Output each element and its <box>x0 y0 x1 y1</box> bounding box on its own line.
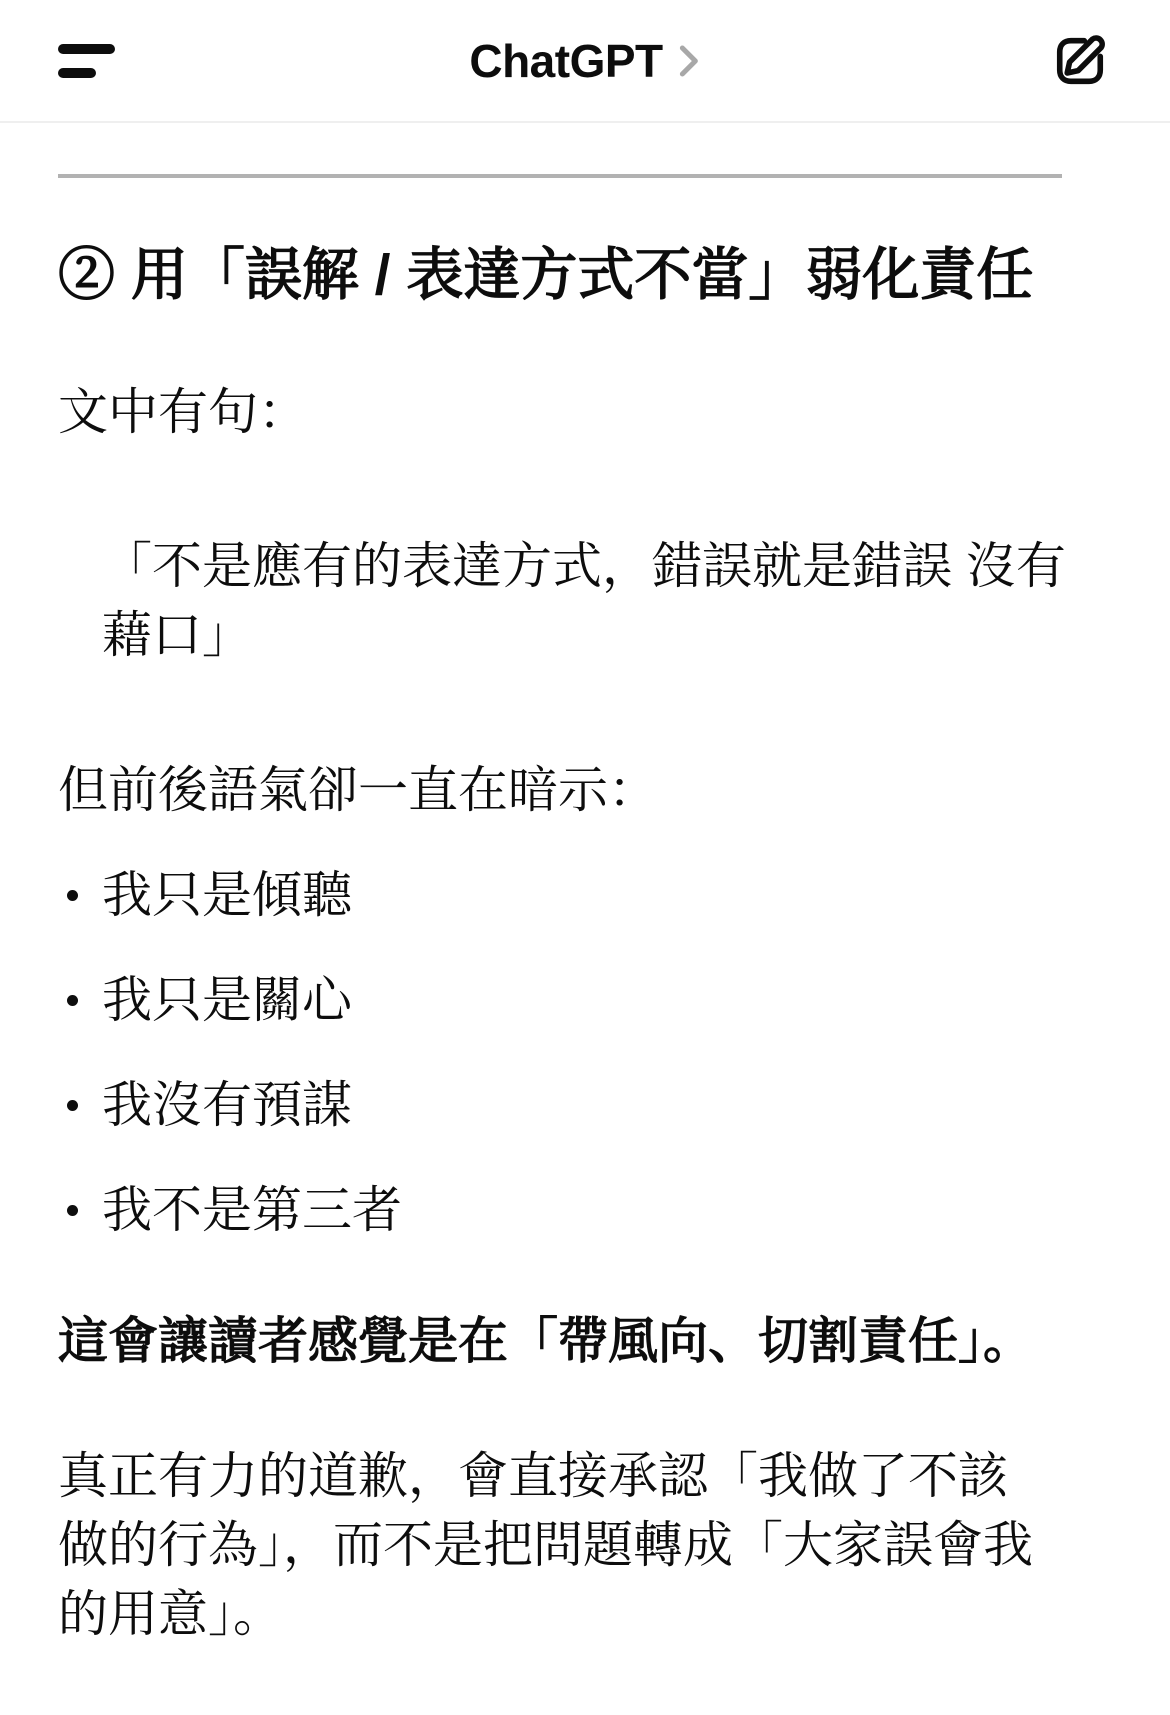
hamburger-icon <box>58 44 115 78</box>
closing-line: 真正有力的道歉，會直接承認「我做了不該 <box>58 1442 1112 1511</box>
menu-button[interactable] <box>58 44 115 78</box>
quote-line: 「不是應有的表達方式，錯誤就是錯誤 沒有 <box>102 532 1112 601</box>
blockquote: 「不是應有的表達方式，錯誤就是錯誤 沒有 藉口」 <box>102 532 1112 670</box>
chat-message-area: ② 用「誤解 / 表達方式不當」弱化責任 文中有句： 「不是應有的表達方式，錯誤… <box>0 174 1170 1649</box>
list-item: 我沒有預謀 <box>58 1071 1112 1140</box>
new-chat-button[interactable] <box>1048 29 1112 93</box>
app-title: ChatGPT <box>469 34 662 88</box>
bullet-list: 我只是傾聽 我只是關心 我沒有預謀 我不是第三者 <box>58 861 1112 1245</box>
list-item: 我只是關心 <box>58 966 1112 1035</box>
paragraph-leadin: 但前後語氣卻一直在暗示： <box>58 756 1112 825</box>
chevron-right-icon <box>679 43 701 79</box>
conversation-title-button[interactable]: ChatGPT <box>469 34 700 88</box>
section-heading: ② 用「誤解 / 表達方式不當」弱化責任 <box>58 242 1112 308</box>
compose-icon <box>1048 29 1112 93</box>
paragraph-emphasis: 這會讓讀者感覺是在「帶風向、切割責任」。 <box>58 1307 1112 1376</box>
list-item: 我只是傾聽 <box>58 861 1112 930</box>
paragraph-intro: 文中有句： <box>58 378 1112 447</box>
top-bar: ChatGPT <box>0 0 1170 123</box>
message-divider <box>58 174 1062 178</box>
list-item: 我不是第三者 <box>58 1176 1112 1245</box>
closing-line: 的用意」。 <box>58 1580 1112 1649</box>
closing-line: 做的行為」，而不是把問題轉成「大家誤會我 <box>58 1511 1112 1580</box>
paragraph-closing: 真正有力的道歉，會直接承認「我做了不該 做的行為」，而不是把問題轉成「大家誤會我… <box>58 1442 1112 1649</box>
quote-line: 藉口」 <box>102 601 1112 670</box>
